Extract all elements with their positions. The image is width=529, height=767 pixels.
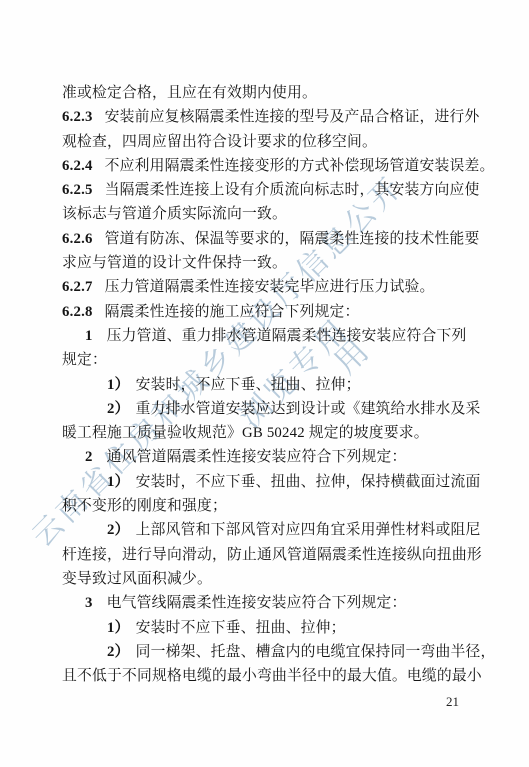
document-page: 云南省住房和城乡建设厅信息公开 浏览专用 用 准或检定合格，且应在有效期内使用。… (0, 0, 529, 767)
line-number: 2） (107, 522, 130, 538)
text-line: 1）安装时不应下垂、扭曲、拉伸； (62, 616, 468, 640)
text-line: 观检查，四周应留出符合设计要求的位移空间。 (62, 130, 468, 154)
text-line: 变导致过风面积减少。 (62, 567, 468, 591)
text-line: 6.2.6管道有防冻、保温等要求的，隔震柔性连接的技术性能要 (62, 227, 468, 251)
line-text: 管道有防冻、保温等要求的，隔震柔性连接的技术性能要 (105, 231, 480, 247)
line-number: 6.2.3 (62, 109, 93, 125)
line-text: 当隔震柔性连接上设有介质流向标志时，其安装方向应使 (105, 182, 480, 198)
line-text: 同一梯架、托盘、槽盒内的电缆宜保持同一弯曲半径， (136, 644, 496, 660)
text-line: 3电气管线隔震柔性连接安装应符合下列规定： (62, 591, 468, 615)
text-line: 6.2.4不应利用隔震柔性连接变形的方式补偿现场管道安装误差。 (62, 154, 468, 178)
line-text: 安装前应复核隔震柔性连接的型号及产品合格证，进行外 (105, 109, 480, 125)
text-line: 6.2.7压力管道隔震柔性连接安装完毕应进行压力试验。 (62, 275, 468, 299)
line-number: 3 (85, 595, 93, 611)
line-number: 6.2.5 (62, 182, 93, 198)
text-line: 该标志与管道介质实际流向一致。 (62, 202, 468, 226)
line-number: 6.2.4 (62, 158, 93, 174)
line-text: 不应利用隔震柔性连接变形的方式补偿现场管道安装误差。 (105, 158, 495, 174)
line-text: 杆连接，进行导向滑动，防止通风管道隔震柔性连接纵向扭曲形 (62, 547, 482, 563)
line-number: 6.2.7 (62, 279, 93, 295)
text-line: 求应与管道的设计文件保持一致。 (62, 251, 468, 275)
line-text: 变导致过风面积减少。 (62, 571, 212, 587)
line-number: 2） (107, 401, 130, 417)
line-number: 2 (85, 449, 93, 465)
line-text: 观检查，四周应留出符合设计要求的位移空间。 (62, 134, 377, 150)
line-text: 安装时不应下垂、扭曲、拉伸； (136, 620, 346, 636)
line-text: 电气管线隔震柔性连接安装应符合下列规定： (107, 595, 407, 611)
line-number: 6.2.8 (62, 304, 93, 320)
text-line: 1压力管道、重力排水管道隔震柔性连接安装应符合下列 (62, 324, 468, 348)
line-text: 安装时，不应下垂、扭曲、拉伸； (136, 377, 361, 393)
text-line: 准或检定合格，且应在有效期内使用。 (62, 81, 468, 105)
text-line: 1）安装时，不应下垂、扭曲、拉伸； (62, 373, 468, 397)
text-line: 积不变形的刚度和强度； (62, 494, 468, 518)
line-text: 暖工程施工质量验收规范》GB 50242 规定的坡度要求。 (62, 425, 429, 441)
line-number: 2） (107, 644, 130, 660)
line-number: 1） (107, 620, 130, 636)
line-text: 压力管道、重力排水管道隔震柔性连接安装应符合下列 (107, 328, 467, 344)
text-line: 6.2.5当隔震柔性连接上设有介质流向标志时，其安装方向应使 (62, 178, 468, 202)
text-line: 2）上部风管和下部风管对应四角宜采用弹性材料或阻尼 (62, 518, 468, 542)
line-text: 通风管道隔震柔性连接安装应符合下列规定： (107, 449, 407, 465)
line-number: 1） (107, 377, 130, 393)
text-line: 规定： (62, 348, 468, 372)
text-line: 且不低于不同规格电缆的最小弯曲半径中的最大值。电缆的最小 (62, 664, 468, 688)
text-line: 2通风管道隔震柔性连接安装应符合下列规定： (62, 445, 468, 469)
line-number: 1） (107, 474, 130, 490)
text-line: 2）重力排水管道安装应达到设计或《建筑给水排水及采 (62, 397, 468, 421)
text-line: 1）安装时，不应下垂、扭曲、拉伸，保持横截面过流面 (62, 470, 468, 494)
text-line: 杆连接，进行导向滑动，防止通风管道隔震柔性连接纵向扭曲形 (62, 543, 468, 567)
line-text: 压力管道隔震柔性连接安装完毕应进行压力试验。 (105, 279, 435, 295)
line-text: 求应与管道的设计文件保持一致。 (62, 255, 287, 271)
line-text: 且不低于不同规格电缆的最小弯曲半径中的最大值。电缆的最小 (62, 668, 482, 684)
line-number: 1 (85, 328, 93, 344)
line-text: 上部风管和下部风管对应四角宜采用弹性材料或阻尼 (136, 522, 481, 538)
line-text: 规定： (62, 352, 107, 368)
line-text: 安装时，不应下垂、扭曲、拉伸，保持横截面过流面 (136, 474, 481, 490)
line-text: 重力排水管道安装应达到设计或《建筑给水排水及采 (136, 401, 481, 417)
text-line: 暖工程施工质量验收规范》GB 50242 规定的坡度要求。 (62, 421, 468, 445)
page-number: 21 (446, 694, 459, 710)
line-text: 积不变形的刚度和强度； (62, 498, 227, 514)
text-line: 2）同一梯架、托盘、槽盒内的电缆宜保持同一弯曲半径， (62, 640, 468, 664)
text-line: 6.2.8隔震柔性连接的施工应符合下列规定： (62, 300, 468, 324)
line-number: 6.2.6 (62, 231, 93, 247)
line-text: 隔震柔性连接的施工应符合下列规定： (105, 304, 360, 320)
line-text: 准或检定合格，且应在有效期内使用。 (62, 85, 317, 101)
text-body: 准或检定合格，且应在有效期内使用。6.2.3安装前应复核隔震柔性连接的型号及产品… (62, 81, 468, 688)
text-line: 6.2.3安装前应复核隔震柔性连接的型号及产品合格证，进行外 (62, 105, 468, 129)
line-text: 该标志与管道介质实际流向一致。 (62, 206, 287, 222)
